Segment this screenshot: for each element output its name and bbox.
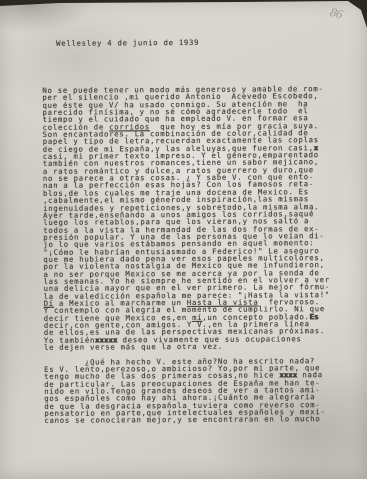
letter-paragraph: No se puede tener un modo más generoso y… [42, 85, 344, 351]
letter-line: canos se conocieran mejor,y se encontrar… [44, 415, 344, 424]
letter-body: No se puede tener un modo más generoso y… [42, 85, 344, 425]
letter-line: le dejen verse más que la otra vez. [44, 342, 344, 351]
letter-content: 86 Wellesley 4 de junio de 1939 No se pu… [0, 0, 367, 479]
dateline: Wellesley 4 de junio de 1939 [56, 38, 199, 48]
overtyped-text: Es [310, 312, 319, 321]
letter-paragraph: ¿Qué ha hecho V. este año?No ha escrito … [44, 357, 344, 425]
scanned-letter-page: 86 Wellesley 4 de junio de 1939 No se pu… [0, 0, 367, 479]
page-number-annotation: 86 [329, 6, 344, 21]
